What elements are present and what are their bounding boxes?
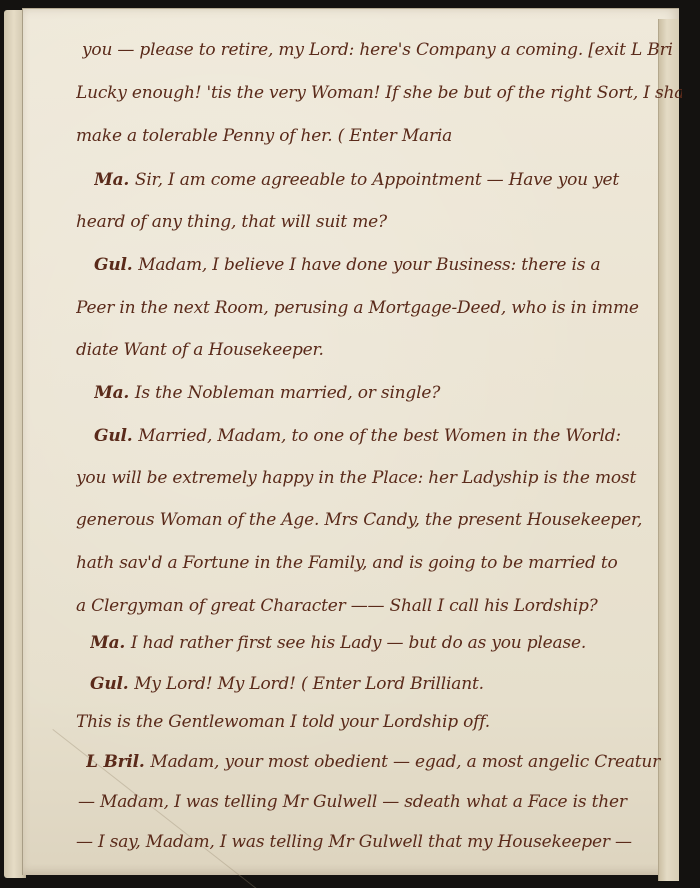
line-text: hath sav'd a Fortune in the Family, and … bbox=[76, 553, 618, 573]
speaker-label: Gul. bbox=[94, 426, 138, 446]
text-line-1: you — please to retire, my Lord: here's … bbox=[82, 40, 682, 60]
line-text: Peer in the next Room, perusing a Mortga… bbox=[76, 298, 639, 318]
line-text: you — please to retire, my Lord: here's … bbox=[82, 40, 673, 60]
line-text: Madam, your most obedient — egad, a most… bbox=[150, 752, 660, 772]
line-text: — Madam, I was telling Mr Gulwell — sdea… bbox=[78, 792, 627, 812]
line-text: generous Woman of the Age. Mrs Candy, th… bbox=[76, 510, 642, 530]
speaker-label: L Bril. bbox=[86, 752, 150, 772]
text-line-3: make a tolerable Penny of her. ( Enter M… bbox=[76, 126, 676, 146]
line-text: Married, Madam, to one of the best Women… bbox=[138, 426, 621, 446]
text-line-14: a Clergyman of great Character —— Shall … bbox=[76, 596, 676, 616]
line-text: I had rather first see his Lady — but do… bbox=[131, 633, 586, 653]
text-line-17: This is the Gentlewoman I told your Lord… bbox=[76, 712, 676, 732]
line-text: My Lord! My Lord! ( Enter Lord Brilliant… bbox=[134, 674, 484, 694]
line-text: Sir, I am come agreeable to Appointment … bbox=[135, 170, 619, 190]
manuscript-text: you — please to retire, my Lord: here's … bbox=[0, 0, 700, 888]
line-text: This is the Gentlewoman I told your Lord… bbox=[76, 712, 490, 732]
line-text: you will be extremely happy in the Place… bbox=[76, 468, 636, 488]
line-text: heard of any thing, that will suit me? bbox=[76, 212, 387, 232]
line-text: Lucky enough! 'tis the very Woman! If sh… bbox=[76, 83, 682, 103]
text-line-11: you will be extremely happy in the Place… bbox=[76, 468, 676, 488]
text-line-19: — Madam, I was telling Mr Gulwell — sdea… bbox=[78, 792, 680, 812]
speaker-label: Ma. bbox=[90, 633, 131, 653]
text-line-20: — I say, Madam, I was telling Mr Gulwell… bbox=[76, 832, 680, 852]
text-line-4: Ma. Sir, I am come agreeable to Appointm… bbox=[94, 170, 674, 190]
manuscript-scan: you — please to retire, my Lord: here's … bbox=[0, 0, 700, 888]
speaker-label: Gul. bbox=[90, 674, 134, 694]
text-line-7: Peer in the next Room, perusing a Mortga… bbox=[76, 298, 676, 318]
text-line-15: Ma. I had rather first see his Lady — bu… bbox=[90, 633, 676, 653]
text-line-6: Gul. Madam, I believe I have done your B… bbox=[94, 255, 674, 275]
speaker-label: Gul. bbox=[94, 255, 138, 275]
text-line-2: Lucky enough! 'tis the very Woman! If sh… bbox=[76, 83, 682, 103]
speaker-label: Ma. bbox=[94, 170, 135, 190]
text-line-13: hath sav'd a Fortune in the Family, and … bbox=[76, 553, 676, 573]
text-line-16: Gul. My Lord! My Lord! ( Enter Lord Bril… bbox=[90, 674, 676, 694]
line-text: a Clergyman of great Character —— Shall … bbox=[76, 596, 598, 616]
text-line-9: Ma. Is the Nobleman married, or single? bbox=[94, 383, 674, 403]
speaker-label: Ma. bbox=[94, 383, 135, 403]
line-text: diate Want of a Housekeeper. bbox=[76, 340, 324, 360]
text-line-12: generous Woman of the Age. Mrs Candy, th… bbox=[76, 510, 676, 530]
text-line-18: L Bril. Madam, your most obedient — egad… bbox=[86, 752, 680, 772]
text-line-5: heard of any thing, that will suit me? bbox=[76, 212, 676, 232]
line-text: Is the Nobleman married, or single? bbox=[135, 383, 440, 403]
line-text: make a tolerable Penny of her. ( Enter M… bbox=[76, 126, 452, 146]
line-text: Madam, I believe I have done your Busine… bbox=[138, 255, 600, 275]
text-line-8: diate Want of a Housekeeper. bbox=[76, 340, 676, 360]
line-text: — I say, Madam, I was telling Mr Gulwell… bbox=[76, 832, 632, 852]
text-line-10: Gul. Married, Madam, to one of the best … bbox=[94, 426, 676, 446]
